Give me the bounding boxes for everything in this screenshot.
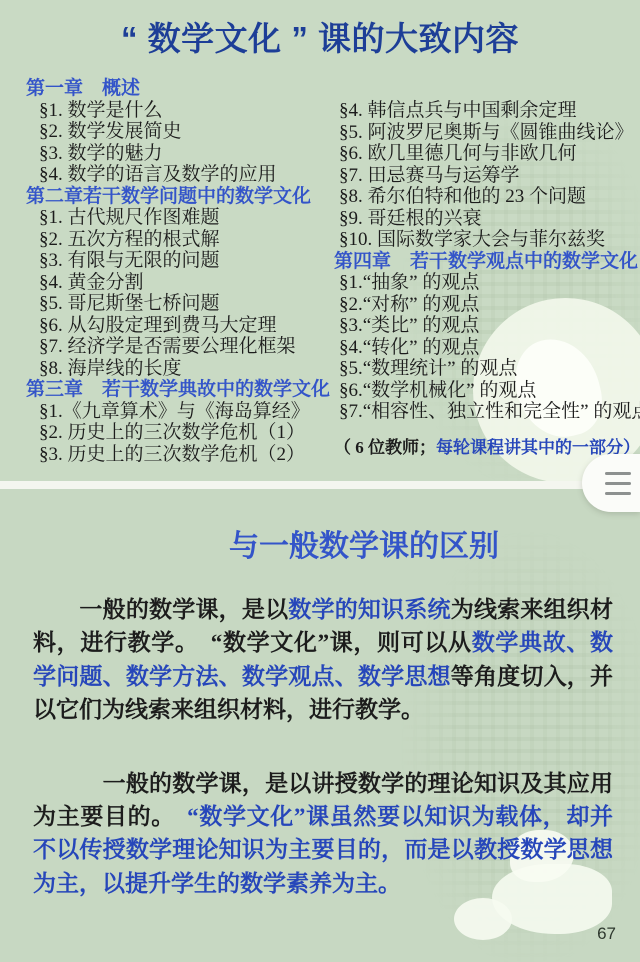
hamburger-icon (605, 472, 631, 495)
toc-right-column: §4. 韩信点兵与中国剩余定理§5. 阿波罗尼奥斯与《圆锥曲线论》§6. 欧几里… (332, 78, 640, 465)
toc-item: §8. 海岸线的长度 (26, 358, 332, 380)
toc-item: §2. 历史上的三次数学危机（1） (26, 422, 332, 444)
menu-button[interactable] (582, 454, 640, 512)
slide2-body: 一般的数学课，是以数学的知识系统为线索来组织材料，进行教学。 “数学文化”课，则… (33, 593, 613, 900)
toc-item: §6.“数学机械化” 的观点 (332, 380, 640, 402)
toc-item: §1.“抽象” 的观点 (332, 272, 640, 294)
toc-item: §6. 从勾股定理到费马大定理 (26, 315, 332, 337)
toc-item: §1. 数学是什么 (26, 100, 332, 122)
slide-divider (0, 481, 640, 489)
toc-item: §9. 哥廷根的兴衰 (332, 208, 640, 230)
toc-right-lines: §4. 韩信点兵与中国剩余定理§5. 阿波罗尼奥斯与《圆锥曲线论》§6. 欧几里… (332, 100, 640, 423)
paragraph-1: 一般的数学课，是以数学的知识系统为线索来组织材料，进行教学。 “数学文化”课，则… (33, 593, 613, 727)
toc-item: §4. 韩信点兵与中国剩余定理 (332, 100, 640, 122)
toc-item: §10. 国际数学家大会与菲尔兹奖 (332, 229, 640, 251)
toc-chapter: 第一章 概述 (26, 78, 332, 100)
toc-chapter: 第四章 若干数学观点中的数学文化 (332, 251, 640, 273)
toc-item: §4.“转化” 的观点 (332, 337, 640, 359)
text-segment-dark: （ 6 位教师； (334, 438, 436, 457)
slide-2: 与一般数学课的区别 一般的数学课，是以数学的知识系统为线索来组织材料，进行教学。… (0, 489, 640, 962)
toc-item: §4. 黄金分割 (26, 272, 332, 294)
toc-item: §1. 古代规尺作图难题 (26, 207, 332, 229)
course-outline: 第一章 概述§1. 数学是什么§2. 数学发展简史§3. 数学的魅力§4. 数学… (26, 78, 638, 465)
slide2-title: 与一般数学课的区别 (0, 521, 640, 565)
toc-item: §5.“数理统计” 的观点 (332, 358, 640, 380)
toc-item: §2. 五次方程的根式解 (26, 229, 332, 251)
slide1-title: “ 数学文化 ” 课的大致内容 (0, 13, 640, 60)
page-number: 67 (597, 924, 616, 944)
toc-chapter: 第三章 若干数学典故中的数学文化 (26, 379, 332, 401)
teachers-note: （ 6 位教师；每轮课程讲其中的一部分） (332, 437, 640, 459)
toc-left-column: 第一章 概述§1. 数学是什么§2. 数学发展简史§3. 数学的魅力§4. 数学… (26, 78, 332, 465)
toc-item: §3. 数学的魅力 (26, 143, 332, 165)
toc-item: §8. 希尔伯特和他的 23 个问题 (332, 186, 640, 208)
toc-item: §4. 数学的语言及数学的应用 (26, 164, 332, 186)
toc-item: §5. 哥尼斯堡七桥问题 (26, 293, 332, 315)
toc-item: §7. 经济学是否需要公理化框架 (26, 336, 332, 358)
toc-item: §2. 数学发展简史 (26, 121, 332, 143)
toc-item: §6. 欧几里德几何与非欧几何 (332, 143, 640, 165)
toc-item: §5. 阿波罗尼奥斯与《圆锥曲线论》 (332, 122, 640, 144)
toc-item: §7.“相容性、独立性和完全性” 的观点 (332, 401, 640, 423)
paragraph-2: 一般的数学课，是以讲授数学的理论知识及其应用为主要目的。 “数学文化”课虽然要以… (33, 767, 613, 901)
toc-item: §2.“对称” 的观点 (332, 294, 640, 316)
toc-item: §3. 有限与无限的问题 (26, 250, 332, 272)
toc-item: §3. 历史上的三次数学危机（2） (26, 444, 332, 466)
toc-item: §3.“类比” 的观点 (332, 315, 640, 337)
toc-item: §1.《九章算术》与《海岛算经》 (26, 401, 332, 423)
text-segment-dark: 一般的数学课，是以 (33, 597, 288, 622)
toc-item: §7. 田忌赛马与运筹学 (332, 165, 640, 187)
slide-1: “ 数学文化 ” 课的大致内容 第一章 概述§1. 数学是什么§2. 数学发展简… (0, 0, 640, 481)
text-segment-blue: 数学的知识系统 (288, 597, 450, 622)
toc-chapter: 第二章若干数学问题中的数学文化 (26, 186, 332, 208)
